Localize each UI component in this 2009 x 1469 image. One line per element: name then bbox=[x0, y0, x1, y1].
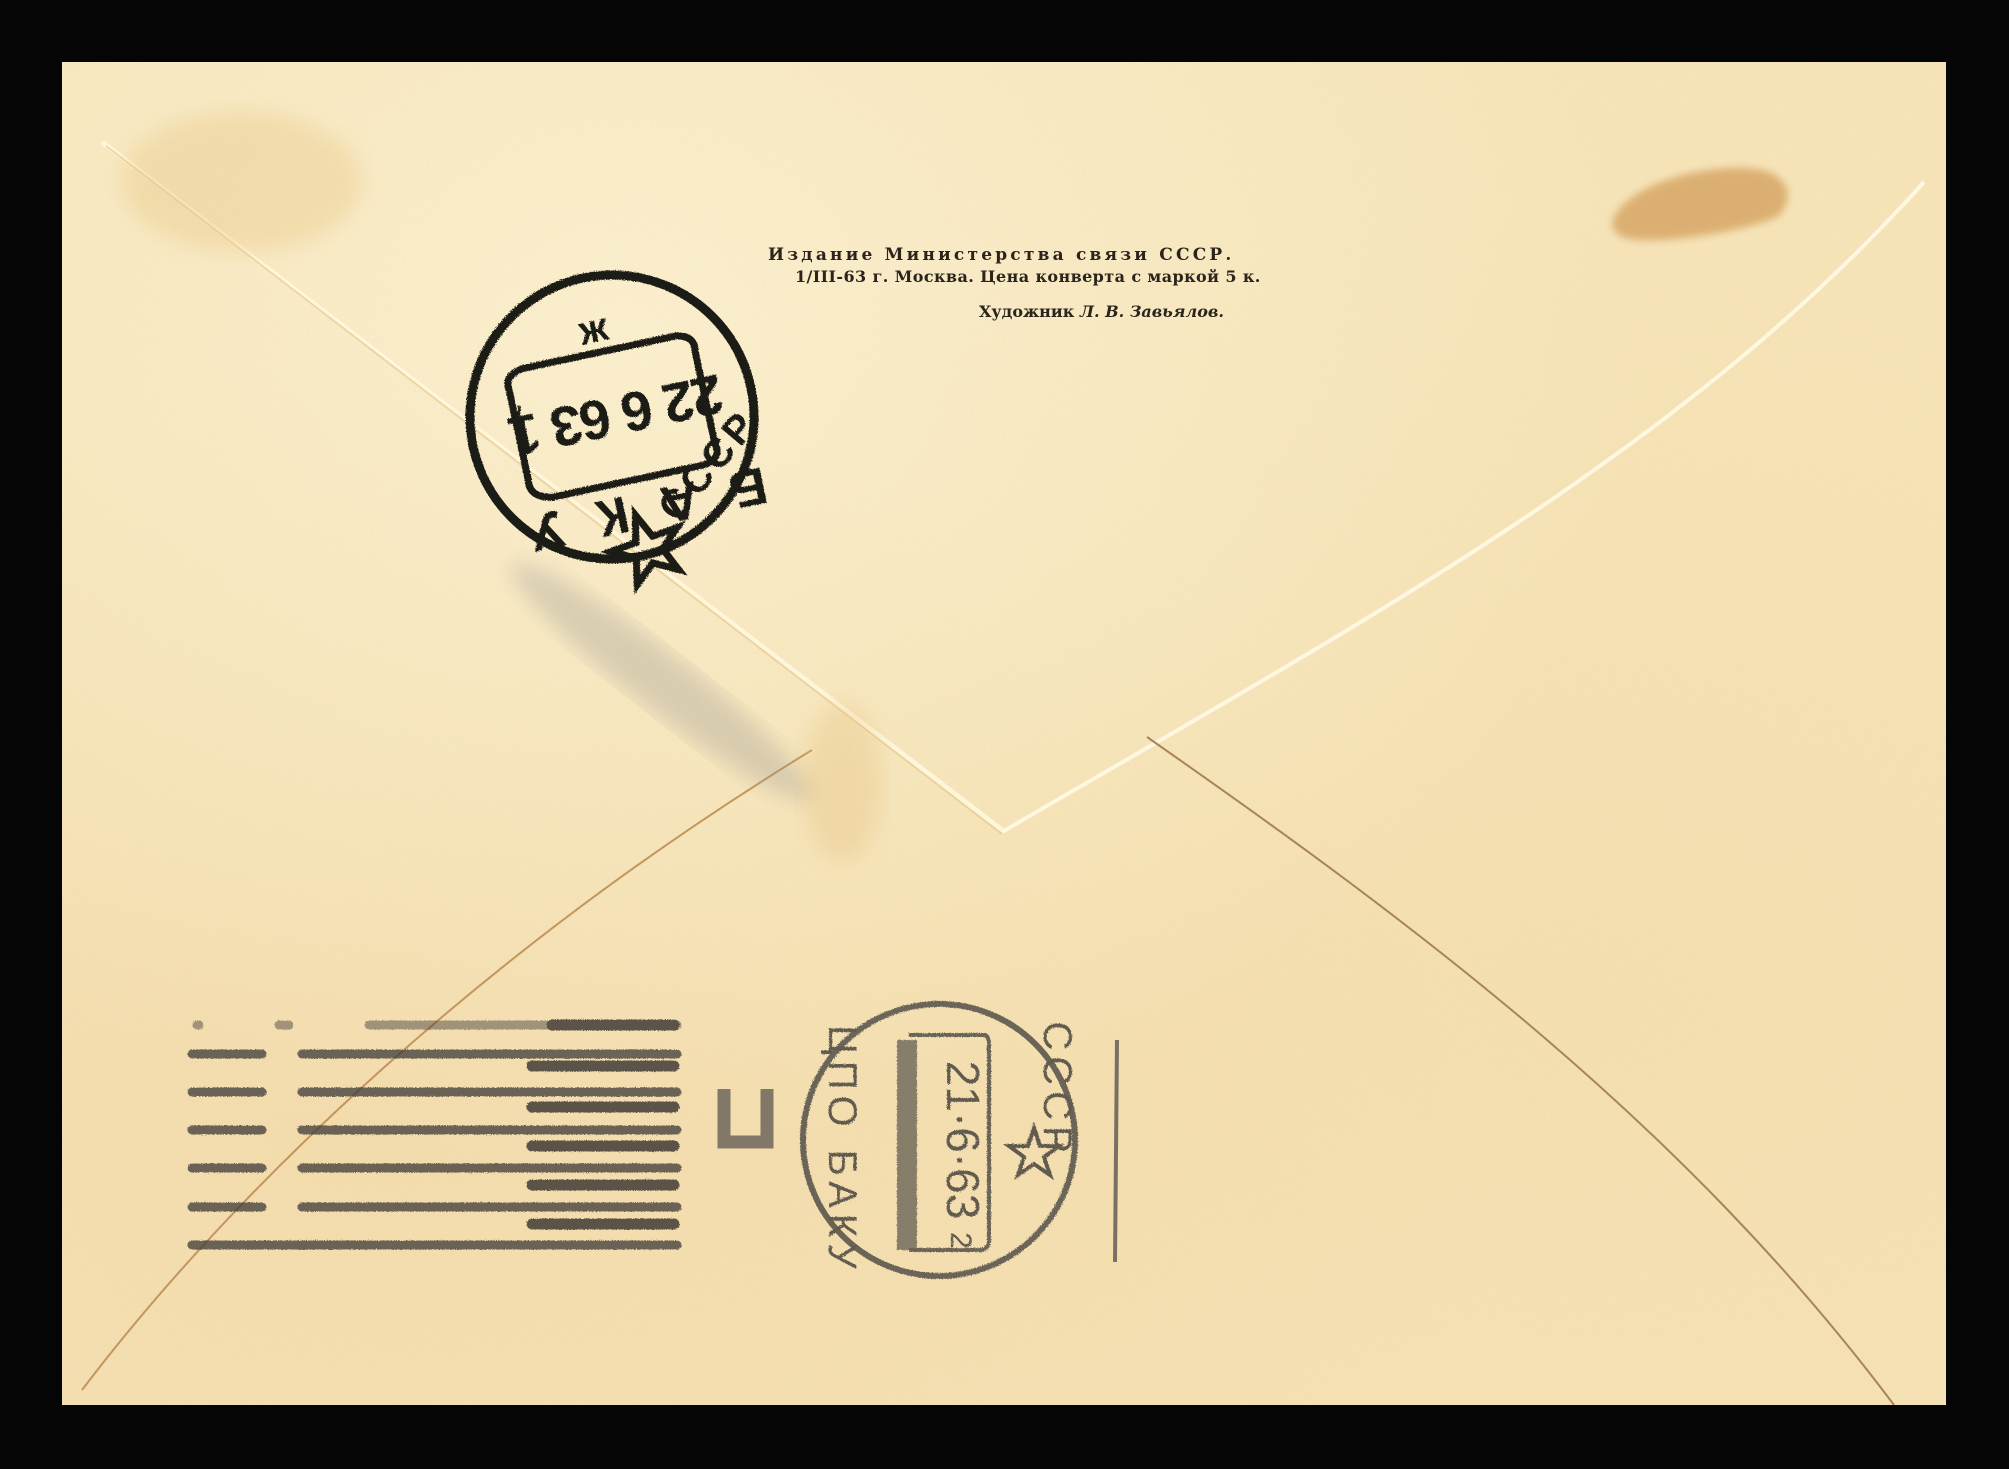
postmark-lower-ring: ЦПО БАКУ bbox=[820, 1025, 864, 1275]
cancellation-vertical-bar bbox=[1115, 1040, 1117, 1262]
envelope-back: Издание Министерства связи СССР. 1/III-6… bbox=[62, 62, 1946, 1405]
postmark-lower-date: 21·6·63 bbox=[937, 1061, 989, 1220]
postmark-lower-suffix: 2 bbox=[944, 1232, 977, 1249]
postmark-lower-sidemark bbox=[724, 1089, 767, 1142]
postmark-upper: 22 6 63 1 7 ж БАКУ СССР bbox=[456, 275, 773, 589]
postmark-upper-series: ж bbox=[575, 309, 613, 358]
postmark-lower: 21·6·63 2 ЦПО БАКУ СССР bbox=[803, 1004, 1079, 1276]
postmark-lower-country: СССР bbox=[1035, 1021, 1079, 1158]
postal-markings: 22 6 63 1 7 ж БАКУ СССР bbox=[62, 62, 1946, 1405]
machine-cancellation bbox=[192, 1025, 677, 1245]
